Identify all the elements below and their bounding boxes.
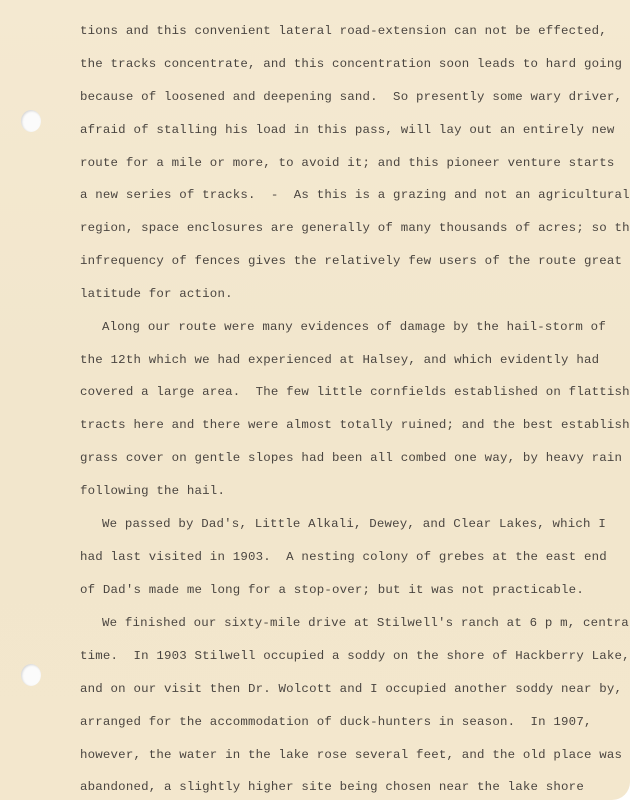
text-line: because of loosened and deepening sand. … — [80, 90, 622, 104]
text-line: tracts here and there were almost totall… — [80, 418, 630, 432]
text-line: latitude for action. — [80, 287, 233, 301]
text-line: the tracks concentrate, and this concent… — [80, 57, 622, 71]
text-line: afraid of stalling his load in this pass… — [80, 123, 615, 137]
text-line: abandoned, a slightly higher site being … — [80, 780, 584, 794]
text-line: time. In 1903 Stilwell occupied a soddy … — [80, 649, 630, 663]
text-line: of Dad's made me long for a stop-over; b… — [80, 583, 584, 597]
text-line: grass cover on gentle slopes had been al… — [80, 451, 622, 465]
text-line: region, space enclosures are generally o… — [80, 221, 630, 235]
text-line: had last visited in 1903. A nesting colo… — [80, 550, 607, 564]
text-line: infrequency of fences gives the relative… — [80, 254, 622, 268]
text-line: the 12th which we had experienced at Hal… — [80, 353, 599, 367]
punch-hole-bottom — [21, 664, 41, 686]
paragraph-start-line: We passed by Dad's, Little Alkali, Dewey… — [80, 517, 606, 531]
text-line: tions and this convenient lateral road-e… — [80, 24, 607, 38]
text-line: however, the water in the lake rose seve… — [80, 748, 622, 762]
text-line: and on our visit then Dr. Wolcott and I … — [80, 682, 622, 696]
paragraph-start-line: We finished our sixty-mile drive at Stil… — [80, 616, 630, 630]
text-line: route for a mile or more, to avoid it; a… — [80, 156, 615, 170]
punch-hole-top — [21, 110, 41, 132]
document-page: tions and this convenient lateral road-e… — [0, 0, 630, 800]
text-line: arranged for the accommodation of duck-h… — [80, 715, 592, 729]
text-line: following the hail. — [80, 484, 225, 498]
paragraph-start-line: Along our route were many evidences of d… — [80, 320, 606, 334]
text-line: covered a large area. The few little cor… — [80, 385, 630, 399]
text-line: a new series of tracks. - As this is a g… — [80, 188, 630, 202]
